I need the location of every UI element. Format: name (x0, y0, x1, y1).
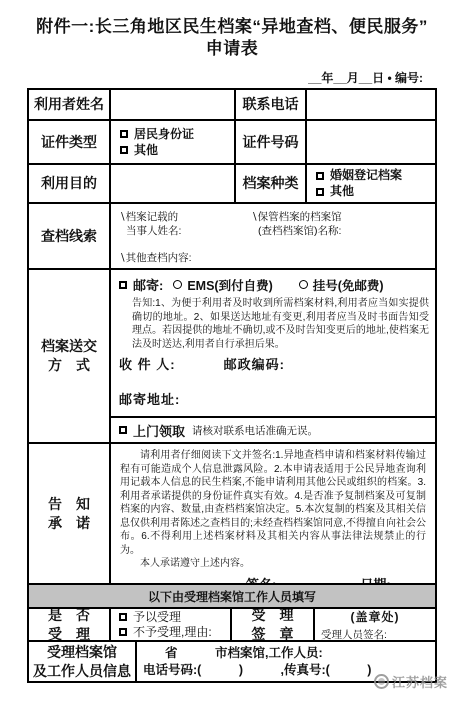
id-number-label: 证件号码 (236, 121, 307, 163)
archive-type-options: 婚姻登记档案 其他 (307, 165, 435, 202)
purpose-label: 利用目的 (29, 165, 111, 202)
row-acceptance: 是 否 受 理 予以受理 不予受理,理由: 受 理 签 章 (盖章处) 受理人员… (29, 609, 435, 642)
id-type-option-other[interactable]: 其他 (120, 144, 234, 157)
handler-signature-label: 受理人员签名: (315, 627, 435, 641)
date-number-line: __年__月__日 • 编号: (27, 69, 437, 86)
recipient-label: 收 件 人: (119, 354, 176, 373)
jiangsu-archives-watermark: 江苏档案 (374, 672, 448, 691)
archive-type-option-label: 其他 (330, 185, 354, 198)
accept-option-yes[interactable]: 予以受理 (119, 611, 230, 624)
user-name-label: 利用者姓名 (29, 90, 111, 119)
mail-option-label: 邮寄: (133, 275, 163, 294)
radio-registered-icon[interactable] (299, 280, 308, 289)
id-type-option-resident[interactable]: 居民身份证 (120, 128, 234, 141)
pickup-option-label: 上门领取 (133, 421, 185, 440)
registered-mail-option[interactable]: 挂号(免邮费) (299, 276, 384, 294)
mail-address-label: 邮寄地址: (119, 389, 431, 408)
notice-promise-label: 告 知 承 诺 (29, 444, 111, 583)
radio-ems-icon[interactable] (173, 280, 182, 289)
archive-info-line1: 省 市档案馆,工作人员: (137, 645, 435, 662)
sign-date-label: 日期: (360, 574, 390, 584)
acceptance-options: 予以受理 不予受理,理由: (111, 609, 232, 640)
checkbox-pickup-icon[interactable] (119, 426, 127, 434)
promise-body-text: 请利用者仔细阅读下文并签名:1.异地查档申请和档案材料传输过程有可能造成个人信息… (120, 449, 426, 557)
notice-promise-content: 请利用者仔细阅读下文并签名:1.异地查档申请和档案材料传输过程有可能造成个人信息… (111, 444, 435, 583)
checkbox-mail-icon[interactable] (119, 281, 127, 289)
checkbox-resident-id-icon[interactable] (120, 130, 128, 138)
checkbox-id-other-icon[interactable] (120, 146, 128, 154)
purpose-field[interactable] (111, 165, 236, 202)
archive-type-label: 档案种类 (236, 165, 307, 202)
page-title-line1: 附件一:长三角地区民生档案“异地查档、便民服务” (0, 16, 464, 38)
page-title: 附件一:长三角地区民生档案“异地查档、便民服务” 申请表 (0, 0, 464, 60)
staff-banner-text: 以下由受理档案馆工作人员填写 (29, 585, 435, 607)
pickup-note: 请核对联系电话准确无误。 (192, 423, 318, 438)
id-type-label: 证件类型 (29, 121, 111, 163)
checkbox-accept-icon[interactable] (119, 613, 127, 621)
id-number-field[interactable] (307, 121, 435, 163)
delivery-method-content: 邮寄: EMS(到付自费) 挂号(免邮费) 告知:1、为便于利用者及时收到所需档… (111, 270, 435, 442)
row-search-clues: 查档线索 ∖档案记载的 当事人姓名: ∖保管档案的档案馆 (查档档案馆)名称: … (29, 204, 435, 270)
delivery-mail-section: 邮寄: EMS(到付自费) 挂号(免邮费) 告知:1、为便于利用者及时收到所需档… (111, 270, 435, 418)
clue-other-content: ∖其他查档内容: (119, 251, 429, 265)
mail-notice-text: 告知:1、为便于利用者及时收到所需档案材料,利用者应当如实提供确切的地址。2、如… (132, 297, 429, 351)
archive-type-option-label: 婚姻登记档案 (330, 169, 402, 182)
archives-logo-icon (374, 674, 389, 689)
row-delivery-method: 档案送交 方 式 邮寄: EMS(到付自费) 挂号(免邮费) 告知:1、 (29, 270, 435, 444)
id-type-options: 居民身份证 其他 (111, 121, 236, 163)
row-id-type: 证件类型 居民身份证 其他 证件号码 (29, 121, 435, 165)
phone-field[interactable] (307, 90, 435, 119)
archive-type-option-marriage[interactable]: 婚姻登记档案 (316, 169, 435, 182)
checkbox-marriage-icon[interactable] (316, 172, 324, 180)
user-name-field[interactable] (111, 90, 236, 119)
row-user-name: 利用者姓名 联系电话 (29, 90, 435, 121)
search-clues-label: 查档线索 (29, 204, 111, 268)
accept-option-no[interactable]: 不予受理,理由: (119, 626, 230, 639)
clue-archive-holder: ∖保管档案的档案馆 (查档档案馆)名称: (251, 210, 429, 238)
watermark-text: 江苏档案 (392, 672, 448, 691)
seal-label: 受 理 签 章 (232, 609, 315, 640)
page-title-line2: 申请表 (0, 38, 464, 60)
search-clues-content[interactable]: ∖档案记载的 当事人姓名: ∖保管档案的档案馆 (查档档案馆)名称: ∖其他查档… (111, 204, 435, 268)
row-purpose: 利用目的 档案种类 婚姻登记档案 其他 (29, 165, 435, 204)
seal-area[interactable]: (盖章处) 受理人员签名: (315, 609, 435, 640)
ems-option[interactable]: EMS(到付自费) (173, 276, 272, 294)
id-type-option-label: 其他 (134, 144, 158, 157)
checkbox-reject-icon[interactable] (119, 628, 127, 636)
acceptance-label: 是 否 受 理 (29, 609, 111, 640)
phone-label: 联系电话 (236, 90, 307, 119)
clue-person-name: ∖档案记载的 当事人姓名: (119, 210, 251, 238)
archive-type-option-other[interactable]: 其他 (316, 185, 435, 198)
row-staff-banner: 以下由受理档案馆工作人员填写 (29, 585, 435, 609)
postcode-label: 邮政编码: (224, 354, 285, 373)
row-notice-promise: 告 知 承 诺 请利用者仔细阅读下文并签名:1.异地查档申请和档案材料传输过程有… (29, 444, 435, 585)
application-form-table: 利用者姓名 联系电话 证件类型 居民身份证 其他 证件号码 利用目的 档案种类 (27, 88, 437, 683)
ems-option-label: EMS(到付自费) (187, 276, 272, 294)
accept-option-label: 予以受理 (133, 611, 181, 624)
checkbox-archive-other-icon[interactable] (316, 188, 324, 196)
pickup-option[interactable]: 上门领取 请核对联系电话准确无误。 (111, 418, 435, 442)
promise-commitment-text: 本人承诺遵守上述内容。 (120, 557, 426, 571)
signature-label: 签名: (246, 574, 276, 584)
reject-option-label: 不予受理,理由: (133, 626, 212, 639)
registered-option-label: 挂号(免邮费) (313, 276, 384, 294)
delivery-method-label: 档案送交 方 式 (29, 270, 111, 442)
seal-place-note: (盖章处) (315, 609, 435, 625)
id-type-option-label: 居民身份证 (134, 128, 194, 141)
archive-info-label: 受理档案馆 及工作人员信息 (29, 642, 137, 681)
